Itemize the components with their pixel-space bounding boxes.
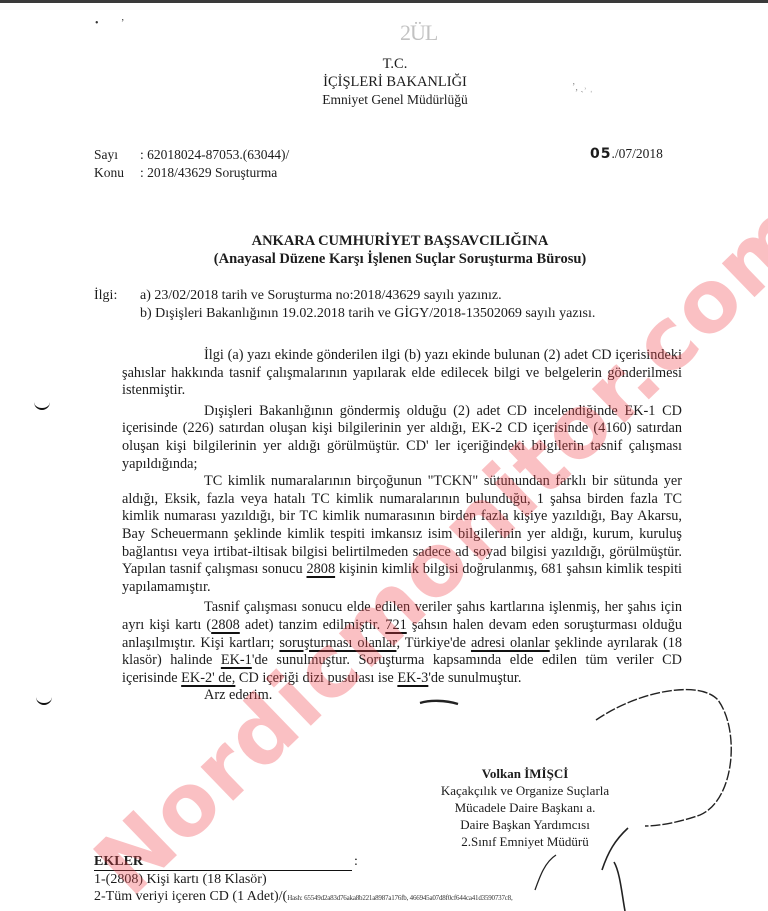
closing-line: Arz ederim. — [122, 687, 682, 705]
letterhead: T.C. İÇİŞLERİ BAKANLIĞI Emniyet Genel Mü… — [250, 55, 540, 109]
handwritten-underline: adresi olanlar — [471, 635, 550, 651]
paragraph-3: TC kimlik numaralarının birçoğunun "TCKN… — [122, 473, 682, 596]
addressee: ANKARA CUMHURİYET BAŞSAVCILIĞINA (Anayas… — [150, 232, 650, 268]
letterhead-ministry: İÇİŞLERİ BAKANLIĞI — [250, 73, 540, 91]
signatory-name: Volkan İMİŞCİ — [440, 765, 610, 782]
date-rest: ./07/2018 — [611, 146, 662, 161]
scanned-document-page: 2ÜL ʼ, ˎ˒ ˌ • ʼ T.C. İÇİŞLERİ BAKANLIĞI … — [0, 0, 768, 911]
date-day-handwritten: 05 — [590, 146, 611, 162]
handwritten-underline: EK-3 — [397, 670, 428, 686]
letter-body: İlgi (a) yazı ekinde gönderilen ilgi (b)… — [122, 347, 682, 705]
handwritten-underline: soruşturması olanlar — [279, 635, 396, 651]
faint-stamp: ʼ, ˎ˒ ˌ — [572, 82, 593, 93]
document-date: 05./07/2018 — [590, 146, 663, 162]
sayi-label: Sayı — [94, 146, 140, 164]
paragraph-2: Dışişleri Bakanlığının göndermiş olduğu … — [122, 403, 682, 473]
handwritten-underline: EK-2' de, — [181, 670, 235, 686]
handwritten-underline: 721 — [385, 617, 406, 633]
signatory-title-1: Kaçakçılık ve Organize Suçlarla — [440, 782, 610, 799]
attachments-title: EKLER — [94, 853, 352, 871]
attachment-hash: Hash: 65549d2a83d76aka8b221a8987a176fb, … — [287, 894, 512, 902]
punch-hole-mark — [34, 400, 50, 410]
ilgi-label: İlgi: — [94, 287, 140, 305]
signatory-title-4: 2.Sınıf Emniyet Müdürü — [440, 833, 610, 850]
handwritten-underline: 2808 — [211, 617, 240, 633]
addressee-line2: (Anayasal Düzene Karşı İşlenen Suçlar So… — [150, 250, 650, 268]
letterhead-tc: T.C. — [250, 55, 540, 73]
scan-speck: • ʼ — [95, 18, 124, 29]
signatory-title-2: Mücadele Daire Başkanı a. — [440, 799, 610, 816]
stamp-mark: 2ÜL — [400, 20, 437, 46]
handwritten-underline: 2808 — [307, 561, 336, 577]
signatory-title-3: Daire Başkan Yardımcısı — [440, 816, 610, 833]
ilgi-a: a) 23/02/2018 tarih ve Soruşturma no:201… — [140, 287, 502, 305]
paragraph-1: İlgi (a) yazı ekinde gönderilen ilgi (b)… — [122, 347, 682, 400]
document-meta: Sayı : 62018024-87053.(63044)/ Konu : 20… — [94, 146, 289, 182]
paragraph-4: Tasnif çalışması sonucu elde edilen veri… — [122, 599, 682, 687]
handwritten-underline: EK-1 — [221, 652, 252, 668]
signature-block: Volkan İMİŞCİ Kaçakçılık ve Organize Suç… — [440, 765, 610, 850]
attachment-2: 2-Tüm veriyi içeren CD (1 Adet)/(Hash: 6… — [94, 888, 513, 907]
reference-block: İlgi: a) 23/02/2018 tarih ve Soruşturma … — [94, 287, 595, 323]
addressee-line1: ANKARA CUMHURİYET BAŞSAVCILIĞINA — [150, 232, 650, 250]
konu-value: : 2018/43629 Soruşturma — [140, 164, 277, 182]
punch-hole-mark — [36, 695, 52, 705]
letterhead-directorate: Emniyet Genel Müdürlüğü — [250, 91, 540, 109]
sayi-value: : 62018024-87053.(63044)/ — [140, 146, 289, 164]
attachments: EKLER: 1-(2808) Kişi kartı (18 Klasör) 2… — [94, 853, 513, 907]
konu-label: Konu — [94, 164, 140, 182]
ilgi-b: b) Dışişleri Bakanlığının 19.02.2018 tar… — [140, 305, 595, 323]
attachment-1: 1-(2808) Kişi kartı (18 Klasör) — [94, 871, 513, 888]
